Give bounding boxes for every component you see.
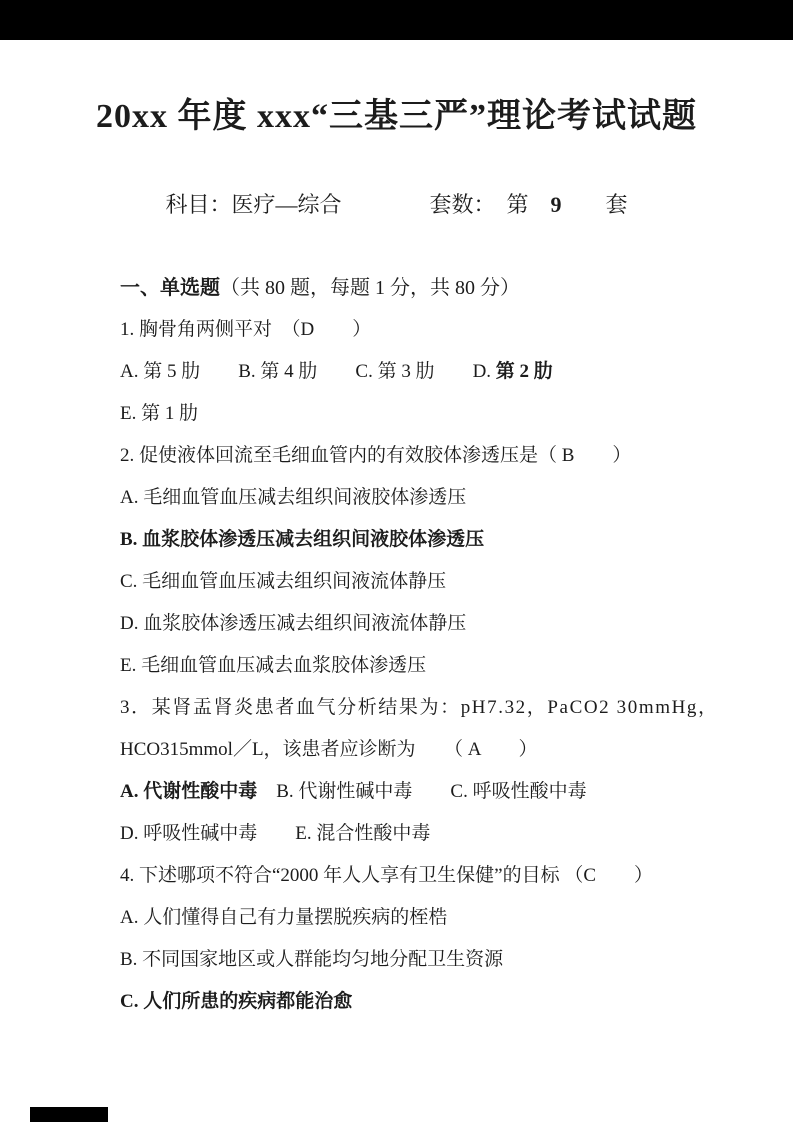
text-segment: （共 80 题，每题 1 分，共 80 分） [220, 277, 520, 299]
text-segment: A. 第 5 肋 B. 第 4 肋 C. 第 3 肋 D. [120, 361, 496, 382]
exam-document-page: 20xx 年度 xxx“三基三严”理论考试试题 科目：医疗—综合 套数： 第 9… [0, 0, 793, 1122]
text-segment: B. 代谢性碱中毒 C. 呼吸性酸中毒 [257, 781, 586, 802]
q1-options-abcd: A. 第 5 肋 B. 第 4 肋 C. 第 3 肋 D. 第 2 肋 [120, 351, 690, 393]
text-segment: HCO315mmol／L，该患者应诊断为 （ A ） [120, 739, 537, 760]
exam-body: 一、单选题（共 80 题，每题 1 分，共 80 分）1. 胸骨角两侧平对 （D… [120, 267, 690, 1023]
q3-stem-line1: 3．某肾盂肾炎患者血气分析结果为：pH7.32，PaCO2 30mmHg， [120, 687, 690, 729]
q2-option-d: D. 血浆胶体渗透压减去组织间液流体静压 [120, 603, 690, 645]
text-segment: 2. 促使液体回流至毛细血管内的有效胶体渗透压是（ B ） [120, 445, 631, 466]
text-segment: 1. 胸骨角两侧平对 （D ） [120, 319, 371, 340]
text-segment: 科目：医疗—综合 [165, 192, 341, 217]
text-segment: 9 [551, 192, 562, 217]
text-segment: 4. 下述哪项不符合“2000 年人人享有卫生保健”的目标 （C ） [120, 865, 653, 886]
section-heading: 一、单选题（共 80 题，每题 1 分，共 80 分） [120, 267, 690, 309]
q2-option-b: B. 血浆胶体渗透压减去组织间液胶体渗透压 [120, 519, 690, 561]
q2-option-a: A. 毛细血管血压减去组织间液胶体渗透压 [120, 477, 690, 519]
page-top-edge-bar [0, 0, 793, 40]
text-segment: E. 第 1 肋 [120, 403, 198, 424]
q4-option-b: B. 不同国家地区或人群能均匀地分配卫生资源 [120, 939, 690, 981]
q4-stem: 4. 下述哪项不符合“2000 年人人享有卫生保健”的目标 （C ） [120, 855, 690, 897]
text-segment: C. 毛细血管血压减去组织间液流体静压 [120, 571, 446, 592]
text-segment: A. 毛细血管血压减去组织间液胶体渗透压 [120, 487, 466, 508]
q1-stem: 1. 胸骨角两侧平对 （D ） [120, 309, 690, 351]
text-segment: B. 不同国家地区或人群能均匀地分配卫生资源 [120, 949, 503, 970]
text-segment: A. 人们懂得自己有力量摆脱疾病的桎梏 [120, 907, 447, 928]
q2-stem: 2. 促使液体回流至毛细血管内的有效胶体渗透压是（ B ） [120, 435, 690, 477]
exam-meta-line: 科目：医疗—综合 套数： 第 9 套 [0, 188, 793, 219]
text-segment: C. 人们所患的疾病都能治愈 [120, 991, 352, 1012]
text-segment: D. 呼吸性碱中毒 E. 混合性酸中毒 [120, 823, 430, 844]
text-segment: A. 代谢性酸中毒 [120, 781, 257, 802]
text-segment: 一、单选题 [120, 277, 220, 299]
text-segment: 套数： 第 [341, 192, 550, 217]
text-segment: B. 血浆胶体渗透压减去组织间液胶体渗透压 [120, 529, 484, 550]
page-bottom-edge-mark [30, 1107, 108, 1122]
q2-option-e: E. 毛细血管血压减去血浆胶体渗透压 [120, 645, 690, 687]
q4-option-c: C. 人们所患的疾病都能治愈 [120, 981, 690, 1023]
q1-option-e: E. 第 1 肋 [120, 393, 690, 435]
page-title: 20xx 年度 xxx“三基三严”理论考试试题 [0, 88, 793, 137]
text-segment: 第 2 肋 [496, 361, 553, 382]
q2-option-c: C. 毛细血管血压减去组织间液流体静压 [120, 561, 690, 603]
q3-stem-line2: HCO315mmol／L，该患者应诊断为 （ A ） [120, 729, 690, 771]
text-segment: 3．某肾盂肾炎患者血气分析结果为：pH7.32，PaCO2 30mmHg， [120, 697, 719, 718]
q3-options-de: D. 呼吸性碱中毒 E. 混合性酸中毒 [120, 813, 690, 855]
q4-option-a: A. 人们懂得自己有力量摆脱疾病的桎梏 [120, 897, 690, 939]
text-segment: 套 [562, 192, 628, 217]
text-segment: D. 血浆胶体渗透压减去组织间液流体静压 [120, 613, 466, 634]
q3-options-abc: A. 代谢性酸中毒 B. 代谢性碱中毒 C. 呼吸性酸中毒 [120, 771, 690, 813]
text-segment: E. 毛细血管血压减去血浆胶体渗透压 [120, 655, 426, 676]
